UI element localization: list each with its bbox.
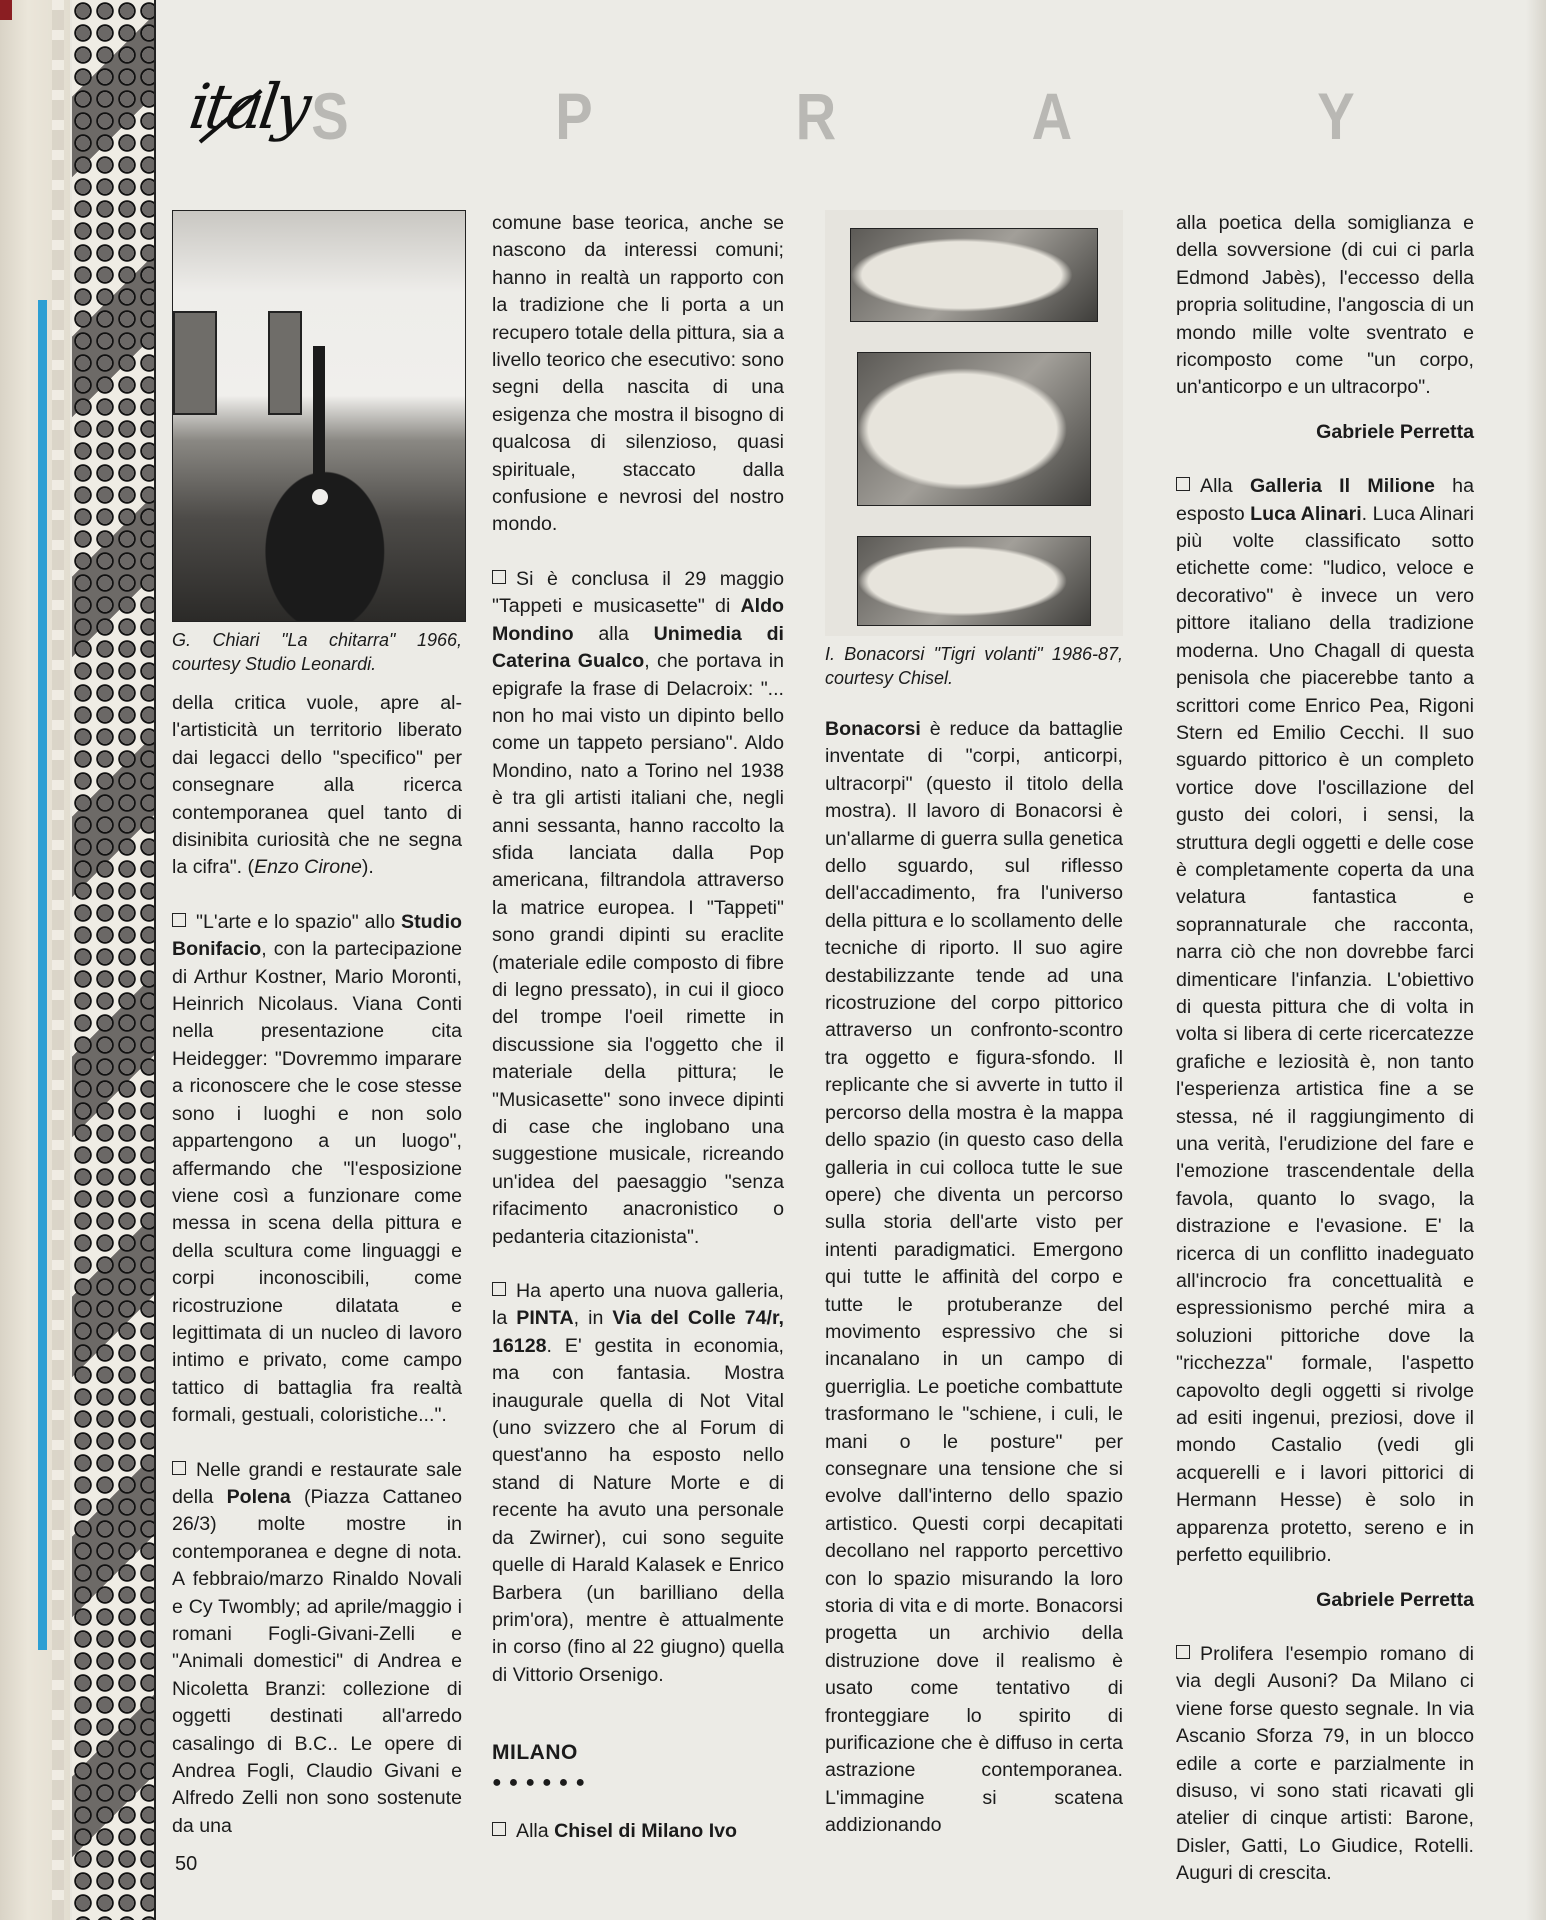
page-edge-shadow (1526, 0, 1546, 1920)
spray-letter-y: Y (1317, 78, 1354, 154)
venue-name: Polena (227, 1486, 291, 1508)
column-1: G. Chiari "La chitarra" 1966, courtesy S… (172, 210, 462, 1867)
photo-bonacorsi-tigri-volanti (825, 210, 1123, 636)
pop-art-border-pattern (72, 0, 156, 1920)
painting-panel-top (850, 228, 1098, 322)
article-paragraph: Si è conclusa il 29 maggio "Tappeti e mu… (492, 566, 784, 1251)
bullet-box-icon (172, 1461, 186, 1475)
venue-name: Chisel di Milano Ivo (554, 1820, 737, 1842)
article-paragraph: comune base teorica, anche se nascono da… (492, 210, 784, 539)
photo-caption: I. Bonacorsi "Tigri volanti" 1986-87, co… (825, 642, 1123, 690)
bullet-box-icon (492, 1282, 506, 1296)
venue-name: Galleria Il Milione (1250, 475, 1435, 497)
magazine-spine (0, 0, 70, 1920)
article-paragraph: Bonacorsi è reduce da battaglie inventat… (825, 716, 1123, 1840)
guitar-neck (313, 346, 325, 501)
spray-letter-r: R (796, 78, 837, 154)
artist-name: Luca Alinari (1250, 503, 1362, 525)
photo-window (173, 311, 217, 415)
column-4: alla poetica della somiglianza e della s… (1176, 210, 1474, 1915)
section-heading-milano: MILANO (492, 1739, 784, 1766)
spine-binding-ticks (52, 0, 64, 1920)
spray-letter-p: P (555, 78, 592, 154)
article-paragraph: alla poetica della somiglianza e della s… (1176, 210, 1474, 402)
photo-window (268, 311, 302, 415)
bullet-box-icon (172, 913, 186, 927)
article-paragraph: Nelle grandi e restaurate sale della Pol… (172, 1457, 462, 1841)
bullet-box-icon (1176, 1645, 1190, 1659)
column-3: I. Bonacorsi "Tigri volanti" 1986-87, co… (825, 210, 1123, 1867)
spray-letter-s: S (311, 78, 348, 154)
guitar-sound-hole (312, 489, 328, 505)
author-name: Enzo Cirone (254, 856, 362, 878)
spine-blue-stripe (38, 300, 47, 1650)
photo-caption: G. Chiari "La chitarra" 1966, courtesy S… (172, 628, 462, 676)
artist-name: Bonacorsi (825, 718, 921, 740)
author-signature: Gabriele Perretta (1176, 1587, 1474, 1614)
article-paragraph: Alla Galleria Il Milione ha esposto Luca… (1176, 473, 1474, 1569)
article-paragraph: Ha aperto una nuova galleria, la PINTA, … (492, 1278, 784, 1689)
section-dots-decoration: ●●●●●● (492, 1769, 784, 1796)
venue-name: PINTA (516, 1307, 573, 1329)
painting-panel-bottom (857, 536, 1091, 626)
article-paragraph: Alla Chisel di Milano Ivo (492, 1818, 784, 1845)
italy-logo: italy (185, 70, 312, 143)
article-paragraph: "L'arte e lo spazio" allo Studio Bonifac… (172, 909, 462, 1430)
bullet-box-icon (1176, 477, 1190, 491)
spine-red-mark (0, 0, 12, 20)
author-signature: Gabriele Perretta (1176, 419, 1474, 446)
column-2: comune base teorica, anche se nascono da… (492, 210, 784, 1872)
article-paragraph: della critica vuole, apre al-l'artistici… (172, 690, 462, 882)
photo-chiari-la-chitarra (172, 210, 466, 622)
bullet-box-icon (492, 1822, 506, 1836)
spray-letter-a: A (1032, 78, 1073, 154)
page-number: 50 (175, 1853, 197, 1876)
bullet-box-icon (492, 570, 506, 584)
painting-panel-middle (857, 352, 1091, 506)
article-paragraph: Prolifera l'esempio romano di via degli … (1176, 1641, 1474, 1888)
masthead: italy S P R A Y (190, 40, 1490, 180)
